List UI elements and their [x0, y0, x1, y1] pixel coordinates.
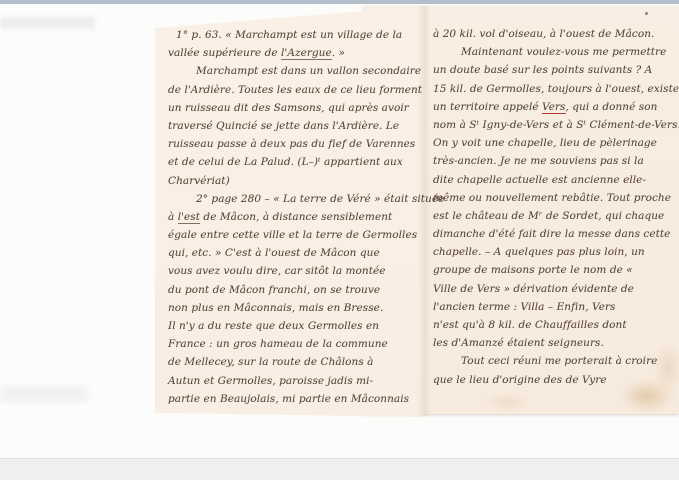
ink-dot: [645, 12, 648, 15]
underlined-word: l'est: [178, 211, 200, 224]
manuscript-line: partie en Beaujolais, mi partie en Mâcon…: [168, 393, 422, 411]
manuscript-line: France : un gros hameau de la commune: [168, 338, 422, 356]
manuscript-line: vallée supérieure de l'Azergue. »: [168, 47, 422, 65]
manuscript-line: 1° p. 63. « Marchampt est un village de …: [168, 29, 422, 47]
manuscript-line: ruisseau passe à deux pas du fief de Var…: [168, 138, 422, 156]
manuscript-line: Il n'y a du reste que deux Germolles en: [168, 320, 422, 338]
manuscript-line: un territoire appelé Vers, qui a donné s…: [433, 101, 679, 119]
manuscript-line: l'ancien terme : Villa – Enfin, Vers: [433, 301, 679, 319]
manuscript-line: très-ancien. Je ne me souviens pas si la: [433, 155, 679, 173]
manuscript-line: un ruisseau dit des Samsons, qui après a…: [168, 102, 422, 120]
manuscript-line: 2° page 280 – « La terre de Véré » était…: [168, 193, 422, 211]
manuscript-text-right: à 20 kil. vol d'oiseau, à l'ouest de Mâc…: [433, 28, 679, 392]
manuscript-line: qui, etc. » C'est à l'ouest de Mâcon que: [168, 247, 422, 265]
manuscript-line: et de celui de La Palud. (L–)ᵗ appartien…: [168, 156, 422, 174]
manuscript-line: chapelle. – A quelques pas plus loin, un: [433, 246, 679, 264]
scanned-letter-background: 1° p. 63. « Marchampt est un village de …: [0, 0, 679, 480]
manuscript-line: même ou nouvellement rebâtie. Tout proch…: [433, 192, 679, 210]
scanner-edge-top: [0, 0, 679, 4]
manuscript-line: On y voit une chapelle, lieu de pèlerina…: [433, 137, 679, 155]
manuscript-line: les d'Amanzé étaient seigneurs.: [433, 337, 679, 355]
manuscript-line: de Mellecey, sur la route de Châlons à: [168, 356, 422, 374]
manuscript-line: que le lieu d'origine des de Vyre: [433, 374, 679, 392]
manuscript-line: Autun et Germolles, paroisse jadis mi-: [168, 375, 422, 393]
manuscript-line: 15 kil. de Germolles, toujours à l'ouest…: [433, 83, 679, 101]
manuscript-line: un doute basé sur les points suivants ? …: [433, 64, 679, 82]
manuscript-line: traversé Quincié se jette dans l'Ardière…: [168, 120, 422, 138]
manuscript-line: dite chapelle actuelle est ancienne elle…: [433, 174, 679, 192]
manuscript-line: Tout ceci réuni me porterait à croire: [433, 355, 679, 373]
manuscript-line: Maintenant voulez-vous me permettre: [433, 46, 679, 64]
manuscript-line: du pont de Mâcon franchi, on se trouve: [168, 284, 422, 302]
manuscript-line: Marchampt est dans un vallon secondaire: [168, 65, 422, 83]
manuscript-line: est le château de Mʳ de Sordet, qui chaq…: [433, 210, 679, 228]
manuscript-line: vous avez voulu dire, car sitôt la monté…: [168, 265, 422, 283]
underlined-word: l'Azergue: [281, 47, 332, 60]
manuscript-line: dimanche d'été fait dire la messe dans c…: [433, 228, 679, 246]
manuscript-line: nom à Sᵗ Igny-de-Vers et à Sᵗ Clément-de…: [433, 119, 679, 137]
manuscript-line: Charvériat): [168, 175, 422, 193]
manuscript-line: de l'Ardière. Toutes les eaux de ce lieu…: [168, 84, 422, 102]
manuscript-line: n'est qu'à 8 kil. de Chauffailles dont: [433, 319, 679, 337]
red-corrected-word: Vers: [542, 101, 565, 114]
manuscript-line: non plus en Mâconnais, mais en Bresse.: [168, 302, 422, 320]
manuscript-line: Ville de Vers » dérivation évidente de: [433, 283, 679, 301]
scanner-edge-bottom: [0, 458, 679, 480]
manuscript-line: à l'est de Mâcon, à distance sensiblemen…: [168, 211, 422, 229]
manuscript-line: à 20 kil. vol d'oiseau, à l'ouest de Mâc…: [433, 28, 679, 46]
scan-smudge-top-left: [0, 17, 95, 29]
scan-smudge-bottom-left: [0, 386, 88, 402]
manuscript-text-left: 1° p. 63. « Marchampt est un village de …: [168, 29, 422, 411]
manuscript-line: égale entre cette ville et la terre de G…: [168, 229, 422, 247]
manuscript-line: groupe de maisons porte le nom de «: [433, 264, 679, 282]
